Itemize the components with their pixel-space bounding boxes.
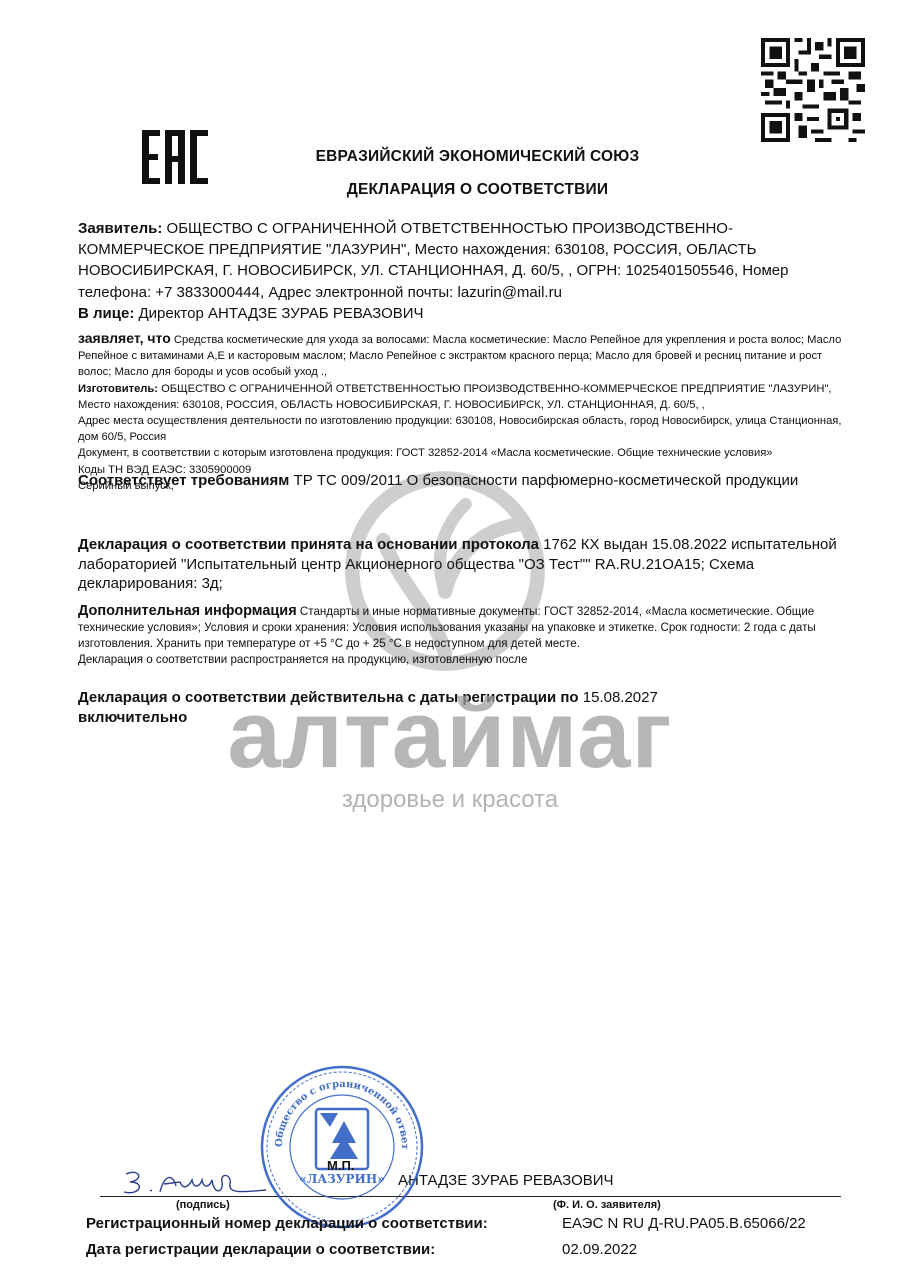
conformity-section: Соответствует требованиям ТР ТС 009/2011… — [78, 470, 848, 492]
registration-number-label: Регистрационный номер декларации о соотв… — [86, 1215, 488, 1232]
represented-by-label: В лице: — [78, 305, 134, 322]
represented-by-text: Директор АНТАДЗЕ ЗУРАБ РЕВАЗОВИЧ — [134, 305, 423, 322]
signer-caption: (Ф. И. О. заявителя) — [553, 1199, 661, 1211]
company-stamp-icon: Общество с ограниченной ответственностью… — [258, 1063, 426, 1231]
document-title: ДЕКЛАРАЦИЯ О СООТВЕТСТВИИ — [0, 181, 900, 199]
registration-date-value: 02.09.2022 — [562, 1241, 637, 1258]
watermark-tagline: здоровье и красота — [0, 786, 900, 814]
applicant-section: Заявитель: ОБЩЕСТВО С ОГРАНИЧЕННОЙ ОТВЕТ… — [78, 218, 848, 324]
svg-text:Общество с ограниченной ответс: Общество с ограниченной ответственностью — [258, 1063, 410, 1150]
stamp-mp-label: М.П. — [327, 1158, 354, 1173]
conformity-label: Соответствует требованиям — [78, 472, 289, 489]
additional-info-section: Дополнительная информация Стандарты и ин… — [78, 603, 848, 668]
registration-number-value: ЕАЭС N RU Д-RU.PA05.B.65066/22 — [562, 1215, 806, 1232]
signature-caption: (подпись) — [176, 1199, 230, 1211]
stamp-name: «ЛАЗУРИН» — [299, 1172, 384, 1186]
registration-date-label: Дата регистрации декларации о соответств… — [86, 1241, 435, 1258]
additional-info-label: Дополнительная информация — [78, 603, 297, 619]
validity-section: Декларация о соответствии действительна … — [78, 688, 848, 728]
production-address: Адрес места осуществления деятельности п… — [78, 415, 841, 443]
protocol-label: Декларация о соответствии принята на осн… — [78, 536, 539, 553]
conformity-text: ТР ТС 009/2011 О безопасности парфюмерно… — [289, 472, 798, 489]
declares-label: заявляет, что — [78, 330, 171, 346]
applies-to-text: Декларация о соответствии распространяет… — [78, 653, 527, 666]
signature-line — [100, 1196, 841, 1197]
validity-date: 15.08.2027 — [579, 689, 658, 706]
validity-suffix: включительно — [78, 709, 187, 726]
union-title: ЕВРАЗИЙСКИЙ ЭКОНОМИЧЕСКИЙ СОЮЗ — [0, 148, 900, 166]
qr-code-icon — [761, 38, 865, 142]
protocol-section: Декларация о соответствии принята на осн… — [78, 535, 848, 594]
applicant-label: Заявитель: — [78, 220, 162, 237]
applicant-text: ОБЩЕСТВО С ОГРАНИЧЕННОЙ ОТВЕТСТВЕННОСТЬЮ… — [78, 220, 788, 301]
validity-label: Декларация о соответствии действительна … — [78, 689, 579, 706]
signature-scribble-icon — [120, 1166, 270, 1200]
products-text: Средства косметические для ухода за воло… — [78, 334, 841, 378]
manufacturer-label: Изготовитель: — [78, 383, 158, 395]
signer-name: АНТАДЗЕ ЗУРАБ РЕВАЗОВИЧ — [398, 1172, 614, 1189]
manufacturer-text: ОБЩЕСТВО С ОГРАНИЧЕННОЙ ОТВЕТСТВЕННОСТЬЮ… — [78, 383, 832, 411]
standard-document: Документ, в соответствии с которым изгот… — [78, 447, 773, 459]
